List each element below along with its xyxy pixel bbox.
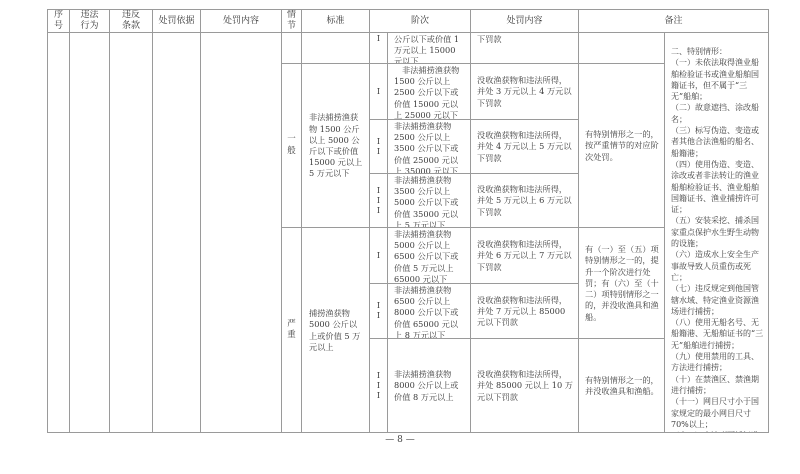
col-border [768, 9, 769, 433]
tier-roman: I [370, 228, 387, 283]
special-item: （八）使用无船名号、无船籍港、无船舶证书的“三无”船舶进行捕捞； [671, 317, 764, 351]
special-item: （九）使用禁用的工具、方法进行捕捞； [671, 351, 764, 374]
header-remarks: 备注 [579, 10, 768, 32]
remark-serious-lower: 有特别情形之一的，并没收渔具和渔船。 [579, 339, 664, 432]
col-border [109, 9, 110, 433]
tier-text: 公斤以下或价值 1 万元以上 15000 元以下 [388, 33, 470, 63]
special-circumstances-notes: 二、特别情形： （一）未依法取得渔业船舶检验证书或渔业船舶国籍证书，但不属于“三… [665, 44, 768, 432]
tier-roman: I [370, 33, 387, 45]
col-border [152, 9, 153, 433]
remark-serious-upper: 有（一）至（五）项特别情形之一的，提升一个阶次进行处罚；有（六）至（十二）项特别… [579, 228, 664, 338]
header-standard: 标准 [302, 10, 369, 32]
tier-text: 非法捕捞渔获物 1500 公斤以上 2500 公斤以下或价值 15000 元以上… [388, 64, 470, 119]
special-item: （七）违反规定到他国管辖水域、特定渔业资源渔场进行捕捞； [671, 283, 764, 317]
col-border [200, 9, 201, 433]
header-circumstance: 情节 [282, 10, 301, 32]
header-index: 序号 [48, 10, 69, 32]
special-item: （四）使用伪造、变造、涂改或者非法转让的渔业船舶检验证书、渔业船舶国籍证书、渔业… [671, 159, 764, 215]
tier-penalty: 没收渔获物和违法所得，并处 6 万元以上 7 万元以下罚款 [471, 228, 578, 283]
tier-text: 非法捕捞渔获物 5000 公斤以上 6500 公斤以下或价值 5 万元以上 65… [388, 228, 470, 283]
tier-penalty: 没收渔获物和违法所得，并处 4 万元以上 5 万元以下罚款 [471, 120, 578, 173]
tier-text: 非法捕捞渔获物 3500 公斤以上 5000 公斤以下或价值 35000 元以上… [388, 174, 470, 227]
special-circumstances-title: 二、特别情形： [671, 46, 764, 57]
circumstance-serious: 严重 [282, 228, 301, 432]
tier-roman: I I [370, 284, 387, 338]
special-item: （六）造成水上安全生产事故导致人员重伤或死亡； [671, 249, 764, 283]
page-number: — 8 — [360, 435, 440, 445]
special-item: （三）标写伪造、变造或者其他合法渔船的船名、船籍港； [671, 125, 764, 159]
remark-general: 有特别情形之一的，按严重情节的对应阶次处罚。 [579, 64, 664, 227]
tier-roman: I I [370, 120, 387, 173]
special-item: （十）在禁渔区、禁渔期进行捕捞； [671, 374, 764, 397]
tier-roman: I [370, 64, 387, 119]
tier-text: 非法捕捞渔获物 8000 公斤以上或价值 8 万元以上 [388, 339, 470, 432]
special-item: （十二）未达到可捕标准的幼鱼重量占渔获物中该品种重量比例 50%以上。 [671, 430, 764, 432]
header-violation: 违法行为 [70, 10, 109, 32]
header-article: 违反条款 [110, 10, 152, 32]
tier-penalty: 没收渔获物和违法所得，并处 3 万元以上 4 万元以下罚款 [471, 64, 578, 119]
header-tier: 阶次 [370, 10, 470, 32]
tier-text: 非法捕捞渔获物 6500 公斤以上 8000 公斤以下或价值 65000 元以上… [388, 284, 470, 338]
special-item: （十一）网目尺寸小于国家规定的最小网目尺寸 70%以上； [671, 396, 764, 430]
tier-penalty: 没收渔获物和违法所得，并处 5 万元以上 6 万元以下罚款 [471, 174, 578, 227]
tier-roman: I I I [370, 174, 387, 227]
document-page: 序号 违法行为 违反条款 处罚依据 处罚内容 情节 标准 阶次 处罚内容 备注 … [0, 0, 800, 474]
tier-penalty: 没收渔获物和违法所得，并处 85000 元以上 10 万元以下罚款 [471, 339, 578, 432]
standard-general: 非法捕捞渔获物 1500 公斤以上 5000 公斤以下或价值 15000 元以上… [302, 64, 369, 227]
circumstance-general: 一般 [282, 64, 301, 227]
standard-serious: 捕捞渔获物 5000 公斤以上或价值 5 万元以上 [302, 228, 369, 432]
header-tier-penalty: 处罚内容 [471, 10, 578, 32]
special-item: （一）未依法取得渔业船舶检验证书或渔业船舶国籍证书，但不属于“三无”船舶； [671, 57, 764, 102]
col-border [69, 9, 70, 433]
special-item: （二）故意遮挡、涂改船名； [671, 102, 764, 125]
header-penalty-content: 处罚内容 [201, 10, 281, 32]
tier-text: 非法捕捞渔获物 2500 公斤以上 3500 公斤以下或价值 25000 元以上… [388, 120, 470, 173]
tier-penalty: 没收渔获物和违法所得，并处 7 万元以上 85000 元以下罚款 [471, 284, 578, 338]
tier-penalty: 下罚款 [471, 33, 578, 63]
tier-roman: I I I [370, 339, 387, 432]
special-item: （五）安装采挖、捕杀国家重点保护水生野生动物的设施； [671, 215, 764, 249]
col-border [47, 9, 48, 433]
header-basis: 处罚依据 [153, 10, 200, 32]
table-bottom-border [47, 432, 769, 433]
